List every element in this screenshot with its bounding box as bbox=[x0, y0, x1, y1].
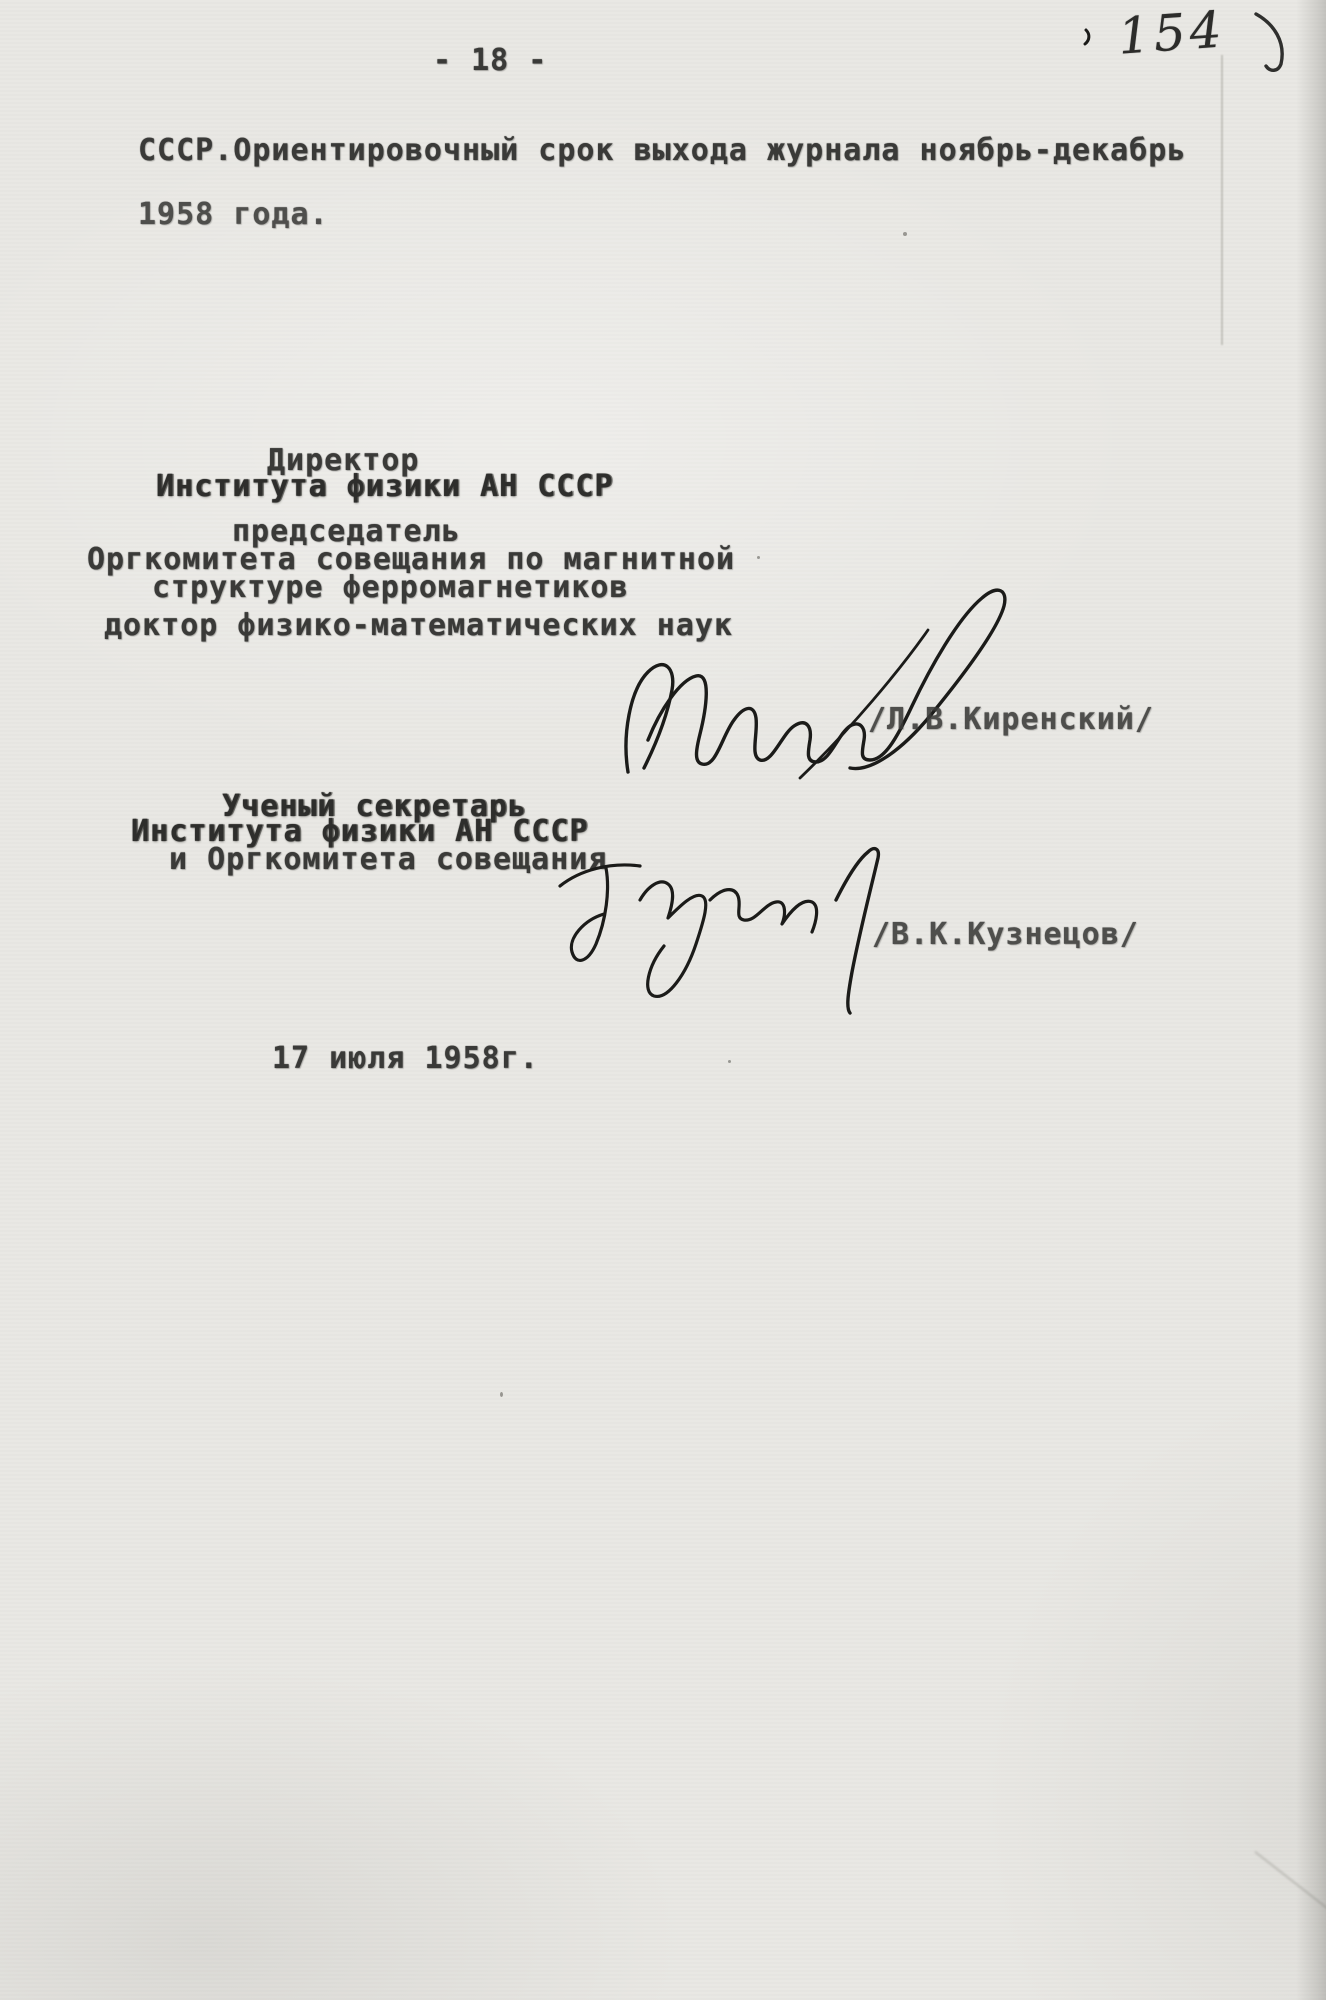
scan-right-edge-shadow bbox=[1296, 0, 1326, 2000]
kirensky-signature bbox=[600, 570, 1030, 805]
director-signature-name: /Л.В.Киренский/ bbox=[868, 705, 1154, 735]
director-structure-line: структуре ферромагнетиков bbox=[152, 573, 629, 603]
ink-speck bbox=[500, 1392, 503, 1397]
page-number: - 18 - bbox=[433, 46, 547, 76]
paragraph-line-1: СССР.Ориентировочный срок выхода журнала… bbox=[138, 136, 1186, 166]
secretary-signature-name: /В.К.Кузнецов/ bbox=[872, 920, 1139, 950]
ink-speck bbox=[728, 1060, 731, 1063]
director-institute-line: Института физики АН СССР bbox=[156, 472, 613, 502]
pen-stroke-decoration bbox=[1078, 8, 1298, 78]
page-crease-line bbox=[1221, 55, 1223, 345]
date-line: 17 июля 1958г. bbox=[272, 1044, 539, 1074]
document-page: - 18 - 154 СССР.Ориентировочный срок вых… bbox=[0, 0, 1326, 2000]
ink-speck bbox=[757, 556, 760, 559]
ink-speck bbox=[903, 232, 907, 236]
paragraph-line-2: 1958 года. bbox=[138, 200, 329, 230]
